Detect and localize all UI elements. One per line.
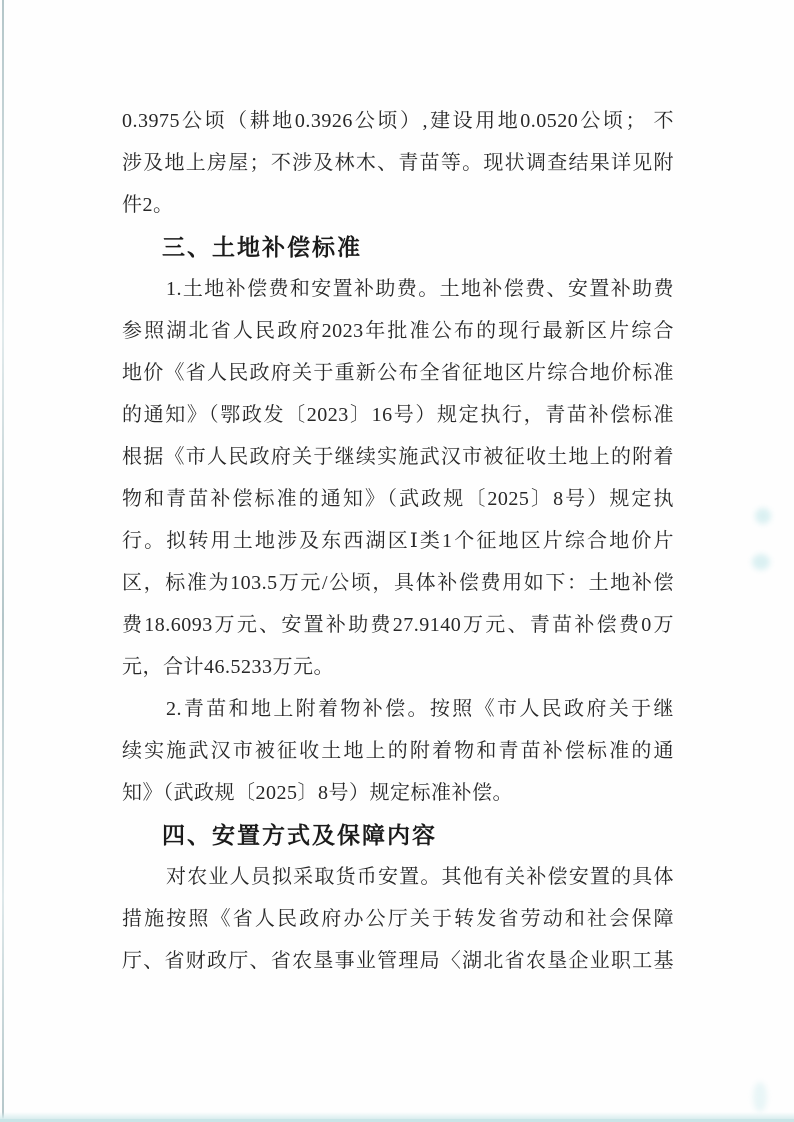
document-line: 2.青苗和地上附着物补偿。按照《市人民政府关于继 <box>122 688 674 730</box>
document-line: 地价《省人民政府关于重新公布全省征地区片综合地价标准 <box>122 352 674 394</box>
document-line: 措施按照《省人民政府办公厅关于转发省劳动和社会保障 <box>122 898 674 940</box>
scan-smudge <box>755 508 771 524</box>
document-line: 1.土地补偿费和安置补助费。土地补偿费、安置补助费 <box>122 268 674 310</box>
scan-smudge <box>753 1082 767 1112</box>
document-line: 对农业人员拟采取货币安置。其他有关补偿安置的具体 <box>122 856 674 898</box>
document-line: 行。拟转用土地涉及东西湖区Ⅰ类1个征地区片综合地价片 <box>122 520 674 562</box>
document-line: 元，合计46.5233万元。 <box>122 646 674 688</box>
document-line: 根据《市人民政府关于继续实施武汉市被征收土地上的附着 <box>122 436 674 478</box>
scan-left-edge-line <box>2 0 4 1122</box>
document-text: 0.3975公顷（耕地0.3926公顷）,建设用地0.0520公顷； 不涉及地上… <box>122 100 674 982</box>
document-line: 费18.6093万元、安置补助费27.9140万元、青苗补偿费0万 <box>122 604 674 646</box>
document-line: 续实施武汉市被征收土地上的附着物和青苗补偿标准的通 <box>122 730 674 772</box>
document-line: 物和青苗补偿标准的通知》（武政规〔2025〕8号）规定执 <box>122 478 674 520</box>
scan-smudge <box>752 554 770 570</box>
document-line: 厅、省财政厅、省农垦事业管理局〈湖北省农垦企业职工基 <box>122 940 674 982</box>
document-line: 参照湖北省人民政府2023年批准公布的现行最新区片综合 <box>122 310 674 352</box>
document-line: 涉及地上房屋；不涉及林木、青苗等。现状调查结果详见附 <box>122 142 674 184</box>
document-line: 件2。 <box>122 184 674 226</box>
scanned-document-page: 0.3975公顷（耕地0.3926公顷）,建设用地0.0520公顷； 不涉及地上… <box>0 0 794 1122</box>
document-line: 0.3975公顷（耕地0.3926公顷）,建设用地0.0520公顷； 不 <box>122 100 674 142</box>
document-line: 区，标准为103.5万元/公顷，具体补偿费用如下：土地补偿 <box>122 562 674 604</box>
document-line: 的通知》（鄂政发〔2023〕16号）规定执行，青苗补偿标准 <box>122 394 674 436</box>
section-heading: 三、土地补偿标准 <box>122 226 674 268</box>
document-line: 知》（武政规〔2025〕8号）规定标准补偿。 <box>122 772 674 814</box>
section-heading: 四、安置方式及保障内容 <box>122 814 674 856</box>
